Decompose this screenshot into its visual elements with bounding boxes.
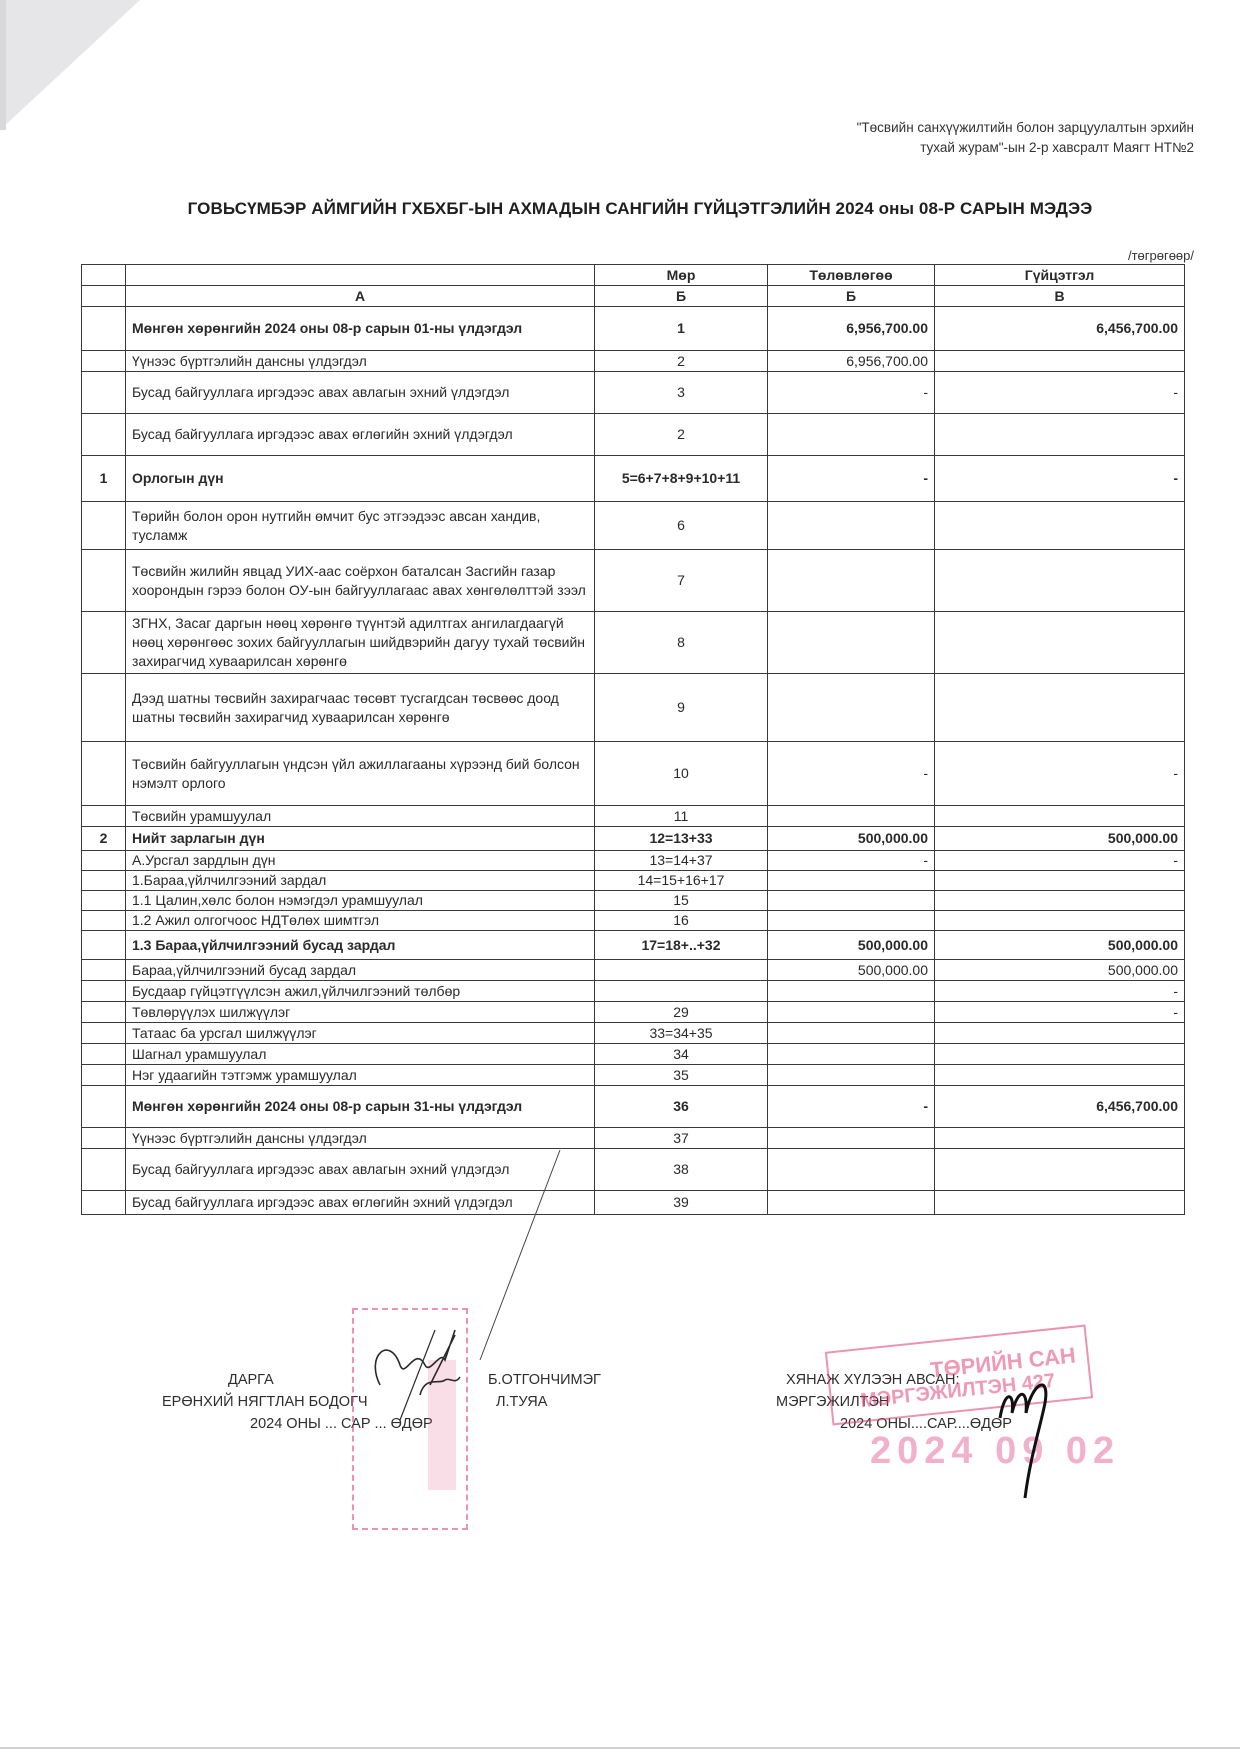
table-row: Төрийн болон орон нутгийн өмчит бус этгэ… bbox=[82, 502, 1185, 550]
actual-value bbox=[935, 1149, 1185, 1191]
plan-value bbox=[768, 1023, 935, 1044]
code-cell-actual: В bbox=[935, 286, 1185, 307]
row-section-number bbox=[82, 674, 126, 742]
table-row: Төсвийн жилийн явцад УИХ-аас соёрхон бат… bbox=[82, 550, 1185, 612]
form-reference: "Төсвийн санхүүжилтийн болон зарцуулалты… bbox=[857, 118, 1194, 158]
row-section-number bbox=[82, 742, 126, 806]
actual-value: - bbox=[935, 742, 1185, 806]
actual-value bbox=[935, 911, 1185, 931]
row-code: 1 bbox=[595, 307, 768, 351]
actual-value bbox=[935, 1044, 1185, 1065]
row-code: 3 bbox=[595, 372, 768, 414]
plan-value: - bbox=[768, 456, 935, 502]
row-section-number: 2 bbox=[82, 827, 126, 851]
row-code: 11 bbox=[595, 806, 768, 827]
actual-value bbox=[935, 1023, 1185, 1044]
table-row: Үүнээс бүртгэлийн дансны үлдэгдэл26,956,… bbox=[82, 351, 1185, 372]
row-code: 2 bbox=[595, 414, 768, 456]
row-label: Төсвийн урамшуулал bbox=[126, 806, 595, 827]
row-code: 2 bbox=[595, 351, 768, 372]
plan-value bbox=[768, 1044, 935, 1065]
actual-value: - bbox=[935, 372, 1185, 414]
code-cell-row: Б bbox=[595, 286, 768, 307]
actual-value: 500,000.00 bbox=[935, 931, 1185, 960]
row-label: Нэг удаагийн тэтгэмж урамшуулал bbox=[126, 1065, 595, 1086]
row-section-number bbox=[82, 372, 126, 414]
row-label: 1.1 Цалин,хөлс болон нэмэгдэл урамшуулал bbox=[126, 891, 595, 911]
table-row: Мөнгөн хөрөнгийн 2024 оны 08-р сарын 01-… bbox=[82, 307, 1185, 351]
page-fold-shadow bbox=[0, 0, 140, 130]
plan-value bbox=[768, 806, 935, 827]
header-row: Мөр Төлөвлөгөө Гүйцэтгэл bbox=[82, 265, 1185, 286]
actual-value bbox=[935, 1128, 1185, 1149]
row-section-number bbox=[82, 851, 126, 871]
table-row: ЗГНХ, Засаг даргын нөөц хөрөнгө түүнтэй … bbox=[82, 612, 1185, 674]
plan-value bbox=[768, 414, 935, 456]
row-code: 39 bbox=[595, 1191, 768, 1215]
row-section-number bbox=[82, 550, 126, 612]
row-code: 33=34+35 bbox=[595, 1023, 768, 1044]
actual-value: 6,456,700.00 bbox=[935, 307, 1185, 351]
page-edge-shadow bbox=[0, 0, 6, 130]
header-cell-name bbox=[126, 265, 595, 286]
table-row: 1.1 Цалин,хөлс болон нэмэгдэл урамшуулал… bbox=[82, 891, 1185, 911]
row-label: Бусад байгууллага иргэдээс авах өглөгийн… bbox=[126, 414, 595, 456]
row-label: Шагнал урамшуулал bbox=[126, 1044, 595, 1065]
row-label: Төсвийн байгууллагын үндсэн үйл ажиллага… bbox=[126, 742, 595, 806]
actual-value: 500,000.00 bbox=[935, 960, 1185, 981]
plan-value: 500,000.00 bbox=[768, 931, 935, 960]
row-section-number bbox=[82, 1044, 126, 1065]
row-code: 38 bbox=[595, 1149, 768, 1191]
table-row: Бараа,үйлчилгээний бусад зардал500,000.0… bbox=[82, 960, 1185, 981]
actual-value: 500,000.00 bbox=[935, 827, 1185, 851]
row-label: Татаас ба урсгал шилжүүлэг bbox=[126, 1023, 595, 1044]
row-code: 36 bbox=[595, 1086, 768, 1128]
row-code: 9 bbox=[595, 674, 768, 742]
plan-value bbox=[768, 550, 935, 612]
row-section-number bbox=[82, 502, 126, 550]
row-section-number bbox=[82, 871, 126, 891]
row-section-number bbox=[82, 1128, 126, 1149]
plan-value bbox=[768, 1065, 935, 1086]
table-row: Төсвийн байгууллагын үндсэн үйл ажиллага… bbox=[82, 742, 1185, 806]
row-section-number bbox=[82, 307, 126, 351]
table-row: Үүнээс бүртгэлийн дансны үлдэгдэл37 bbox=[82, 1128, 1185, 1149]
row-code: 16 bbox=[595, 911, 768, 931]
pen-stroke bbox=[460, 1145, 580, 1365]
plan-value bbox=[768, 1191, 935, 1215]
actual-value bbox=[935, 1065, 1185, 1086]
row-section-number bbox=[82, 911, 126, 931]
row-label: Дээд шатны төсвийн захирагчаас төсөвт ту… bbox=[126, 674, 595, 742]
table-row: 1.3 Бараа,үйлчилгээний бусад зардал17=18… bbox=[82, 931, 1185, 960]
row-section-number bbox=[82, 1149, 126, 1191]
row-section-number bbox=[82, 981, 126, 1002]
row-section-number bbox=[82, 351, 126, 372]
plan-value bbox=[768, 911, 935, 931]
row-label: Үүнээс бүртгэлийн дансны үлдэгдэл bbox=[126, 351, 595, 372]
row-code: 34 bbox=[595, 1044, 768, 1065]
form-reference-line1: "Төсвийн санхүүжилтийн болон зарцуулалты… bbox=[857, 118, 1194, 138]
plan-value bbox=[768, 502, 935, 550]
row-label: ЗГНХ, Засаг даргын нөөц хөрөнгө түүнтэй … bbox=[126, 612, 595, 674]
header-cell-actual: Гүйцэтгэл bbox=[935, 265, 1185, 286]
actual-value bbox=[935, 674, 1185, 742]
plan-value bbox=[768, 1128, 935, 1149]
plan-value bbox=[768, 612, 935, 674]
table-row: Бусад байгууллага иргэдээс авах өглөгийн… bbox=[82, 414, 1185, 456]
row-label: Төсвийн жилийн явцад УИХ-аас соёрхон бат… bbox=[126, 550, 595, 612]
actual-value bbox=[935, 806, 1185, 827]
row-label: Бараа,үйлчилгээний бусад зардал bbox=[126, 960, 595, 981]
table-row: 2Нийт зарлагын дүн12=13+33500,000.00500,… bbox=[82, 827, 1185, 851]
table-row: Төсвийн урамшуулал11 bbox=[82, 806, 1185, 827]
plan-value: - bbox=[768, 372, 935, 414]
row-section-number bbox=[82, 1086, 126, 1128]
row-label: Төрийн болон орон нутгийн өмчит бус этгэ… bbox=[126, 502, 595, 550]
row-code: 8 bbox=[595, 612, 768, 674]
row-code: 17=18+..+32 bbox=[595, 931, 768, 960]
row-code: 29 bbox=[595, 1002, 768, 1023]
actual-value: 6,456,700.00 bbox=[935, 1086, 1185, 1128]
document-title: ГОВЬСҮМБЭР АЙМГИЙН ГХБХБГ-ЫН АХМАДЫН САН… bbox=[80, 199, 1200, 219]
actual-value bbox=[935, 871, 1185, 891]
row-label: А.Урсгал зардлын дүн bbox=[126, 851, 595, 871]
header-cell-no bbox=[82, 265, 126, 286]
row-section-number bbox=[82, 1023, 126, 1044]
row-section-number: 1 bbox=[82, 456, 126, 502]
table-row: А.Урсгал зардлын дүн13=14+37-- bbox=[82, 851, 1185, 871]
row-label: Орлогын дүн bbox=[126, 456, 595, 502]
director-title: ДАРГА bbox=[228, 1370, 274, 1390]
plan-value: - bbox=[768, 851, 935, 871]
director-name: Б.ОТГОНЧИМЭГ bbox=[488, 1370, 601, 1390]
row-section-number bbox=[82, 891, 126, 911]
plan-value bbox=[768, 891, 935, 911]
code-cell-name: А bbox=[126, 286, 595, 307]
row-code: 10 bbox=[595, 742, 768, 806]
actual-value bbox=[935, 414, 1185, 456]
row-section-number bbox=[82, 931, 126, 960]
row-code: 37 bbox=[595, 1128, 768, 1149]
table-row: Татаас ба урсгал шилжүүлэг33=34+35 bbox=[82, 1023, 1185, 1044]
table-row: Дээд шатны төсвийн захирагчаас төсөвт ту… bbox=[82, 674, 1185, 742]
plan-value: - bbox=[768, 1086, 935, 1128]
row-code: 6 bbox=[595, 502, 768, 550]
row-label: 1.Бараа,үйлчилгээний зардал bbox=[126, 871, 595, 891]
plan-value: 500,000.00 bbox=[768, 960, 935, 981]
plan-value: 6,956,700.00 bbox=[768, 351, 935, 372]
actual-value bbox=[935, 612, 1185, 674]
header-cell-plan: Төлөвлөгөө bbox=[768, 265, 935, 286]
table-row: 1Орлогын дүн5=6+7+8+9+10+11-- bbox=[82, 456, 1185, 502]
row-section-number bbox=[82, 612, 126, 674]
form-reference-line2: тухай журам"-ын 2-р хавсралт Маягт НТ№2 bbox=[857, 138, 1194, 158]
plan-value bbox=[768, 1149, 935, 1191]
row-label: Мөнгөн хөрөнгийн 2024 оны 08-р сарын 01-… bbox=[126, 307, 595, 351]
table-row: Бусад байгууллага иргэдээс авах өглөгийн… bbox=[82, 1191, 1185, 1215]
row-label: 1.3 Бараа,үйлчилгээний бусад зардал bbox=[126, 931, 595, 960]
actual-value: - bbox=[935, 981, 1185, 1002]
row-label: Бусдаар гүйцэтгүүлсэн ажил,үйлчилгээний … bbox=[126, 981, 595, 1002]
table-row: 1.2 Ажил олгогчоос НДТөлөх шимтгэл16 bbox=[82, 911, 1185, 931]
actual-value: - bbox=[935, 456, 1185, 502]
row-section-number bbox=[82, 806, 126, 827]
plan-value bbox=[768, 674, 935, 742]
row-section-number bbox=[82, 1191, 126, 1215]
actual-value bbox=[935, 891, 1185, 911]
plan-value bbox=[768, 1002, 935, 1023]
actual-value bbox=[935, 351, 1185, 372]
row-code: 15 bbox=[595, 891, 768, 911]
table-row: Мөнгөн хөрөнгийн 2024 оны 08-р сарын 31-… bbox=[82, 1086, 1185, 1128]
row-label: Мөнгөн хөрөнгийн 2024 оны 08-р сарын 31-… bbox=[126, 1086, 595, 1128]
report-table: Мөр Төлөвлөгөө Гүйцэтгэл А Б Б В Мөнгөн … bbox=[81, 264, 1185, 1215]
table-row: Бусад байгууллага иргэдээс авах авлагын … bbox=[82, 372, 1185, 414]
actual-value: - bbox=[935, 851, 1185, 871]
column-code-row: А Б Б В bbox=[82, 286, 1185, 307]
row-label: 1.2 Ажил олгогчоос НДТөлөх шимтгэл bbox=[126, 911, 595, 931]
plan-value: - bbox=[768, 742, 935, 806]
row-section-number bbox=[82, 960, 126, 981]
table-row: Төвлөрүүлэх шилжүүлэг29- bbox=[82, 1002, 1185, 1023]
plan-value: 500,000.00 bbox=[768, 827, 935, 851]
code-cell-plan: Б bbox=[768, 286, 935, 307]
actual-value bbox=[935, 1191, 1185, 1215]
plan-value: 6,956,700.00 bbox=[768, 307, 935, 351]
row-section-number bbox=[82, 1002, 126, 1023]
accountant-title: ЕРӨНХИЙ НЯГТЛАН БОДОГЧ bbox=[162, 1392, 368, 1412]
row-code: 12=13+33 bbox=[595, 827, 768, 851]
row-section-number bbox=[82, 1065, 126, 1086]
plan-value bbox=[768, 981, 935, 1002]
row-section-number bbox=[82, 414, 126, 456]
actual-value bbox=[935, 550, 1185, 612]
header-cell-row: Мөр bbox=[595, 265, 768, 286]
row-code bbox=[595, 981, 768, 1002]
table-row: Нэг удаагийн тэтгэмж урамшуулал35 bbox=[82, 1065, 1185, 1086]
actual-value bbox=[935, 502, 1185, 550]
table-row: 1.Бараа,үйлчилгээний зардал14=15+16+17 bbox=[82, 871, 1185, 891]
row-code: 5=6+7+8+9+10+11 bbox=[595, 456, 768, 502]
row-label: Бусад байгууллага иргэдээс авах авлагын … bbox=[126, 372, 595, 414]
row-code bbox=[595, 960, 768, 981]
row-label: Нийт зарлагын дүн bbox=[126, 827, 595, 851]
row-code: 13=14+37 bbox=[595, 851, 768, 871]
code-cell-no bbox=[82, 286, 126, 307]
currency-unit: /төгрөгөөр/ bbox=[1128, 248, 1194, 263]
row-code: 35 bbox=[595, 1065, 768, 1086]
actual-value: - bbox=[935, 1002, 1185, 1023]
row-label: Төвлөрүүлэх шилжүүлэг bbox=[126, 1002, 595, 1023]
row-code: 14=15+16+17 bbox=[595, 871, 768, 891]
accountant-name: Л.ТУЯА bbox=[496, 1392, 547, 1412]
plan-value bbox=[768, 871, 935, 891]
scan-bottom-edge bbox=[0, 1747, 1240, 1749]
table-row: Шагнал урамшуулал34 bbox=[82, 1044, 1185, 1065]
table-row: Бусад байгууллага иргэдээс авах авлагын … bbox=[82, 1149, 1185, 1191]
row-code: 7 bbox=[595, 550, 768, 612]
table-row: Бусдаар гүйцэтгүүлсэн ажил,үйлчилгээний … bbox=[82, 981, 1185, 1002]
specialist-signature bbox=[990, 1368, 1070, 1508]
